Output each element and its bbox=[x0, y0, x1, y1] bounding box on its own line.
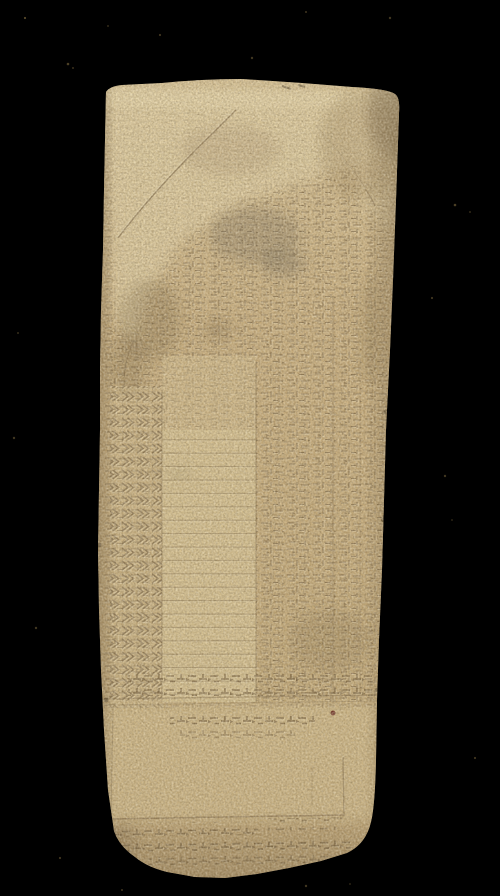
speckle-dot bbox=[59, 857, 61, 859]
speckle-dot bbox=[431, 297, 433, 299]
speckle-dot bbox=[35, 627, 37, 629]
speckle-dot bbox=[24, 17, 26, 19]
speckle-dot bbox=[349, 883, 351, 885]
photo-canvas bbox=[0, 0, 500, 896]
speckle-dot bbox=[107, 25, 109, 27]
speckle-dot bbox=[454, 204, 457, 207]
speckle-dot bbox=[451, 519, 453, 521]
speckle-dot bbox=[305, 11, 307, 13]
grain-light-overlay bbox=[90, 78, 410, 896]
speckle-dot bbox=[469, 211, 471, 213]
speckle-dot bbox=[159, 34, 161, 36]
speckle-dot bbox=[474, 757, 476, 759]
speckle-dot bbox=[251, 57, 253, 59]
speckle-dot bbox=[305, 885, 307, 887]
speckle-dot bbox=[17, 332, 19, 334]
clay-tablet bbox=[90, 75, 418, 896]
speckle-dot bbox=[67, 63, 70, 66]
tablet-photo bbox=[0, 0, 500, 896]
speckle-dot bbox=[389, 17, 391, 19]
speckle-dot bbox=[121, 889, 123, 891]
speckle-dot bbox=[72, 67, 74, 69]
speckle-dot bbox=[13, 437, 15, 439]
speckle-dot bbox=[444, 475, 446, 477]
